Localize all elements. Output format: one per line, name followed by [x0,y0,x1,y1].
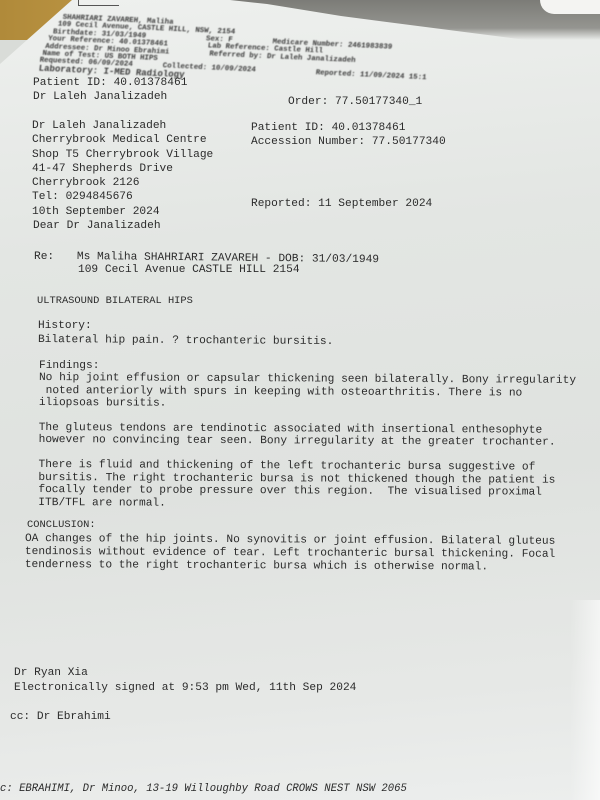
accession-number: Accession Number: 77.50177340 [251,136,446,149]
referrer-address-line: Dr Laleh Janalizadeh [32,119,213,133]
referrer-address-line: Cherrybrook 2126 [32,176,213,190]
pen-mark [78,0,119,6]
conclusion-body: OA changes of the hip joints. No synovit… [25,533,556,575]
order-number: Order: 77.50177340_1 [288,96,422,109]
history-heading: History: [38,320,92,333]
referrer-address-line: Shop T5 Cherrybrook Village [32,148,213,162]
referrer-address-line: Tel: 0294845676 [32,190,213,204]
right-edge-shade [570,600,600,800]
patient-id: Patient ID: 40.01378461 [251,122,405,135]
salutation: Dear Dr Janalizadeh [33,220,161,233]
corner-object [540,0,600,14]
signature-line: Electronically signed at 9:53 pm Wed, 11… [14,682,356,695]
conclusion-line: tenderness to the right trochanteric bur… [25,559,555,575]
cc-line: cc: Dr Ebrahimi [10,711,111,724]
conclusion-heading: CONCLUSION: [27,519,96,532]
findings-body: No hip joint effusion or capsular thicke… [38,372,576,512]
referrer-address-line: 41-47 Shepherds Drive [32,162,213,176]
top-doctor-name: Dr Laleh Janalizadeh [33,91,167,104]
referrer-address-line: Cherrybrook Medical Centre [32,133,213,147]
history-text: Bilateral hip pain. ? trochanteric bursi… [38,334,333,349]
top-patient-id: Patient ID: 40.01378461 [33,77,187,90]
footer-cc-address: c: EBRAHIMI, Dr Minoo, 13-19 Willoughby … [0,783,407,795]
exam-title: ULTRASOUND BILATERAL HIPS [37,295,193,308]
letter-date: 10th September 2024 [32,205,213,219]
referrer-address-block: Dr Laleh JanalizadehCherrybrook Medical … [32,119,213,219]
re-label: Re: [34,251,54,264]
reported-date: Reported: 11 September 2024 [251,198,432,211]
signature-name: Dr Ryan Xia [14,667,88,680]
re-address-line: 109 Cecil Avenue CASTLE HILL 2154 [78,264,300,277]
findings-heading: Findings: [39,360,99,373]
